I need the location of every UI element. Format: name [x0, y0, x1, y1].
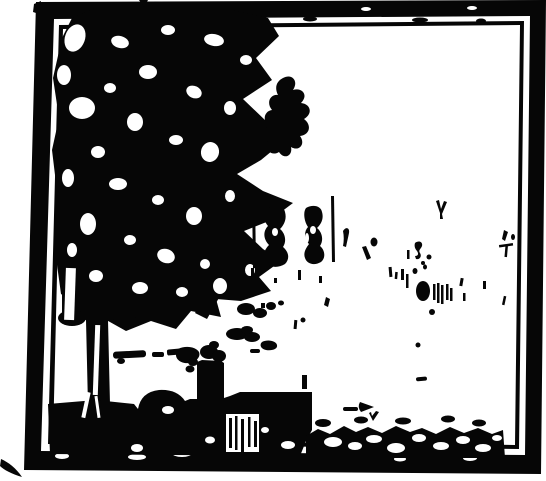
leaf-highlight	[213, 278, 227, 294]
figure-tick	[401, 269, 404, 280]
wall-speckle	[205, 437, 215, 444]
strip-lump	[315, 419, 331, 427]
hatch-stroke	[433, 284, 436, 300]
frame-rough-bump	[476, 19, 486, 24]
leaf-highlight	[225, 190, 235, 202]
wall-speckle	[281, 441, 295, 449]
facade-mark	[298, 270, 301, 280]
shuttered-window	[264, 206, 289, 267]
chimney-side-lump	[186, 366, 195, 373]
leaf-highlight	[89, 270, 103, 282]
figure-tick	[406, 274, 409, 288]
figure-dot	[511, 234, 515, 240]
post-tick	[302, 375, 307, 389]
figure-tick	[463, 293, 466, 301]
picket	[248, 417, 251, 447]
leaf-highlight	[124, 235, 136, 245]
hedge-dot	[117, 358, 125, 364]
strip-hole	[456, 436, 470, 444]
frame-nick	[128, 454, 146, 460]
strip-lump	[395, 418, 411, 425]
strip-hole	[348, 442, 362, 450]
facade-dot	[371, 238, 378, 247]
leaf-highlight	[91, 146, 105, 158]
leaf-highlight	[80, 213, 96, 235]
ground-dash	[343, 407, 358, 411]
hatch-stroke	[437, 283, 440, 303]
hatch-stroke	[450, 288, 453, 301]
hedge-blob	[212, 350, 226, 362]
strip-lump	[354, 417, 368, 424]
leaf-highlight	[57, 65, 71, 85]
leaf-highlight	[152, 195, 164, 205]
hedge-blob	[241, 326, 253, 334]
foliage-blob	[266, 302, 276, 310]
window-notch	[272, 228, 278, 236]
leaf-highlight	[109, 178, 127, 190]
wall-speckle	[162, 406, 174, 414]
leaf-highlight	[200, 259, 210, 269]
facade-mark	[274, 278, 277, 283]
leaf-highlight	[127, 113, 143, 131]
figure-dot	[421, 261, 425, 265]
figure-dot	[416, 343, 421, 348]
leaf-highlight	[132, 282, 148, 294]
frame-nick	[361, 7, 371, 11]
picket	[254, 421, 257, 447]
figure-dot	[278, 301, 284, 306]
figure-dot	[423, 265, 427, 270]
hatch-stroke	[446, 284, 449, 300]
frame-rough-bump	[303, 17, 317, 22]
strip-hole	[475, 444, 491, 452]
leaf-highlight	[104, 83, 116, 93]
strip-hole	[324, 437, 342, 447]
strip-lump	[472, 420, 486, 427]
wall-speckle	[261, 427, 269, 433]
facade-mark	[261, 303, 265, 308]
woodcut-print	[0, 0, 546, 481]
hatch-stroke	[441, 285, 444, 304]
figure-dot	[427, 255, 432, 260]
hedge-dash	[152, 352, 164, 357]
frame-rough-bump	[412, 18, 428, 23]
strip-hole	[366, 435, 382, 443]
figure-dot	[429, 309, 435, 315]
foliage-blob	[237, 303, 255, 315]
leaf-highlight	[67, 243, 77, 257]
strip-hole	[387, 443, 405, 453]
strip-hole	[412, 434, 426, 442]
hedge-dash	[250, 349, 260, 353]
foliage-blob	[253, 308, 267, 318]
picket	[229, 418, 232, 448]
window-notch	[305, 233, 309, 243]
strip-hole	[433, 442, 449, 450]
leaf-highlight	[169, 135, 183, 145]
woodcut-illustration	[0, 0, 546, 481]
window-notch	[310, 226, 316, 234]
leaf-highlight	[62, 169, 74, 187]
figure-tick	[483, 281, 486, 289]
leaf-highlight	[139, 65, 157, 79]
hedge-blob	[209, 341, 219, 349]
leaf-highlight	[69, 97, 95, 119]
picket	[241, 419, 244, 452]
trunk-streak	[64, 268, 76, 320]
facade-mark	[319, 276, 322, 283]
strip-hole	[492, 435, 502, 441]
figure-blob	[416, 281, 430, 301]
figure-dot	[413, 268, 418, 274]
leaf-highlight	[224, 101, 236, 115]
leaf-highlight	[240, 55, 252, 65]
leaf-highlight	[161, 25, 175, 35]
leaf-highlight	[176, 287, 188, 297]
hedge-blob	[188, 358, 198, 366]
strip-lump	[441, 416, 455, 423]
frame-nick	[467, 6, 477, 10]
figure-dot	[301, 318, 306, 323]
figure-tick	[407, 250, 410, 259]
facade-mark	[251, 268, 254, 277]
leaf-highlight	[186, 207, 202, 225]
wall-speckle	[131, 444, 143, 452]
picket	[235, 416, 238, 450]
